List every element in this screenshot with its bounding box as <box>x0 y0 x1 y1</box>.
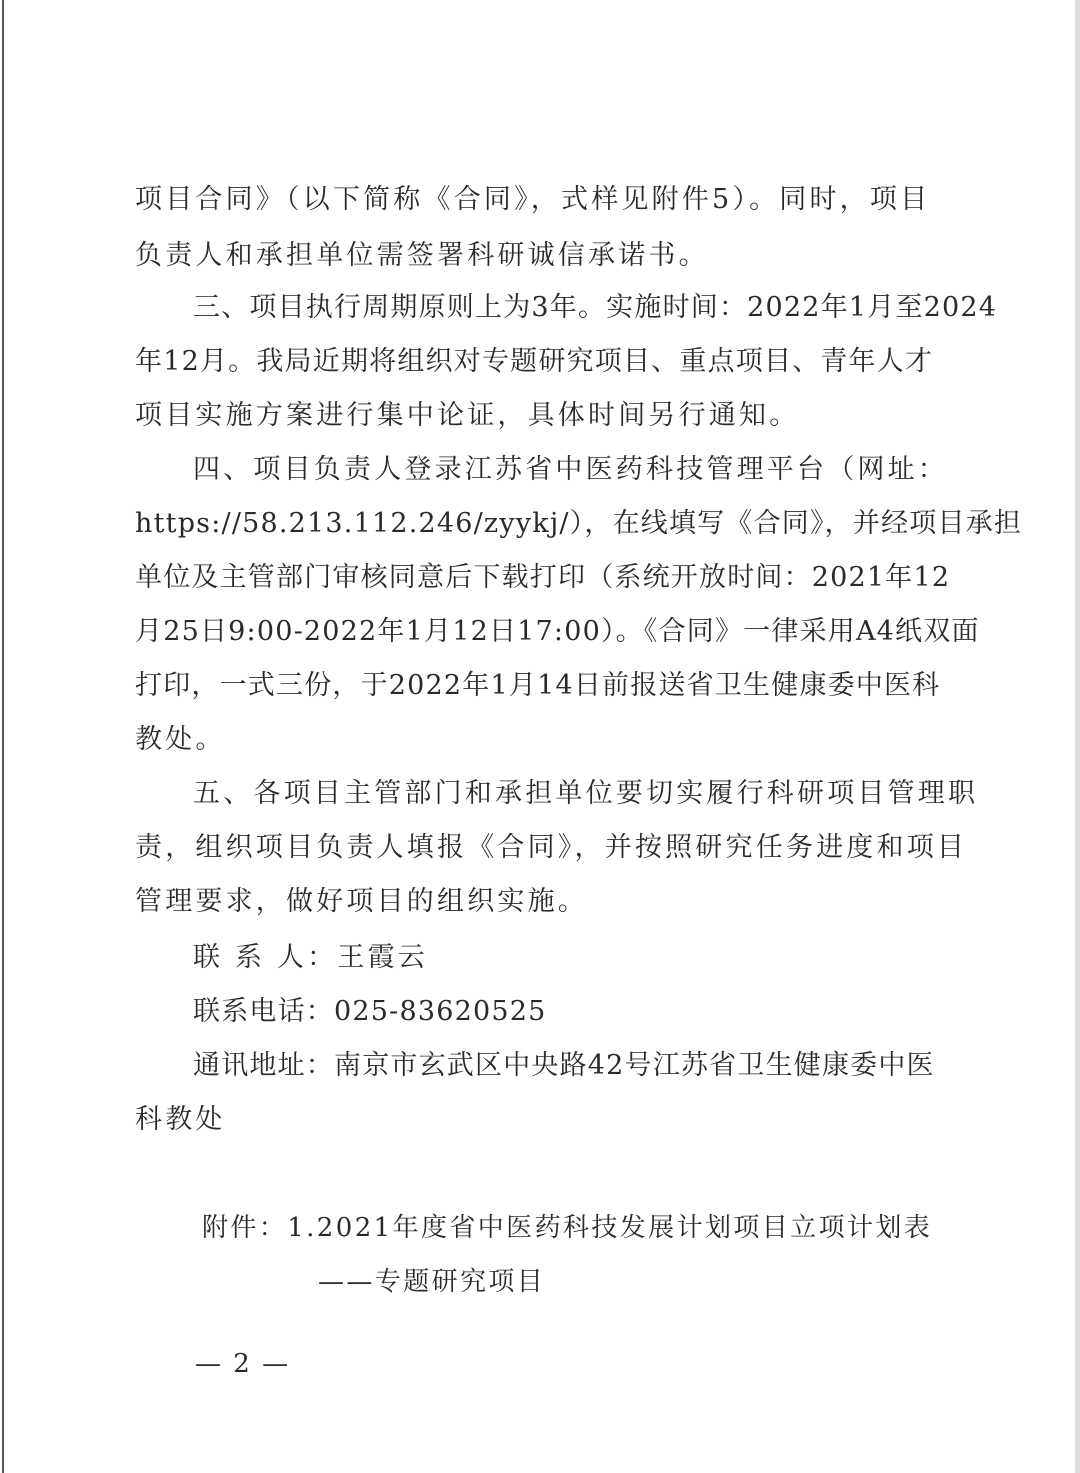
paragraph-line: 负责人和承担单位需签署科研诚信承诺书。 <box>135 238 935 274</box>
contact-person: 联 系 人：王霞云 <box>193 940 935 976</box>
paragraph-line: 教处。 <box>135 722 935 758</box>
url-line: https://58.213.112.246/zyykj/），在线填写《合同》，… <box>135 506 935 542</box>
paragraph-line: 单位及主管部门审核同意后下载打印（系统开放时间：2021年12 <box>135 560 935 596</box>
paragraph-line: 管理要求，做好项目的组织实施。 <box>135 884 935 920</box>
section-four-line: 四、项目负责人登录江苏省中医药科技管理平台（网址： <box>193 452 935 488</box>
paragraph-line: 项目实施方案进行集中论证，具体时间另行通知。 <box>135 398 935 434</box>
contact-address: 通讯地址：南京市玄武区中央路42号江苏省卫生健康委中医 <box>193 1048 935 1084</box>
section-three-line: 三、项目执行周期原则上为3年。实施时间：2022年1月至2024 <box>193 290 935 326</box>
attachment-title: 附件：1.2021年度省中医药科技发展计划项目立项计划表 <box>202 1210 1002 1246</box>
paragraph-line: 项目合同》（以下简称《合同》，式样见附件5）。同时，项目 <box>135 182 935 218</box>
paragraph-line: 打印，一式三份，于2022年1月14日前报送省卫生健康委中医科 <box>135 668 935 704</box>
paragraph-line: 责，组织项目负责人填报《合同》，并按照研究任务进度和项目 <box>135 830 935 866</box>
contact-address-cont: 科教处 <box>135 1102 935 1138</box>
page-number: — 2 — <box>195 1346 995 1382</box>
paragraph-line: 年12月。我局近期将组织对专题研究项目、重点项目、青年人才 <box>135 344 935 380</box>
attachment-subtitle: ——专题研究项目 <box>318 1264 1080 1300</box>
paragraph-line: 月25日9:00-2022年1月12日17:00）。《合同》一律采用A4纸双面 <box>135 614 935 650</box>
section-five-line: 五、各项目主管部门和承担单位要切实履行科研项目管理职 <box>193 776 935 812</box>
page-edge-right <box>1075 0 1080 1473</box>
contact-phone: 联系电话：025-83620525 <box>193 994 935 1030</box>
page-edge-left <box>2 0 4 1473</box>
